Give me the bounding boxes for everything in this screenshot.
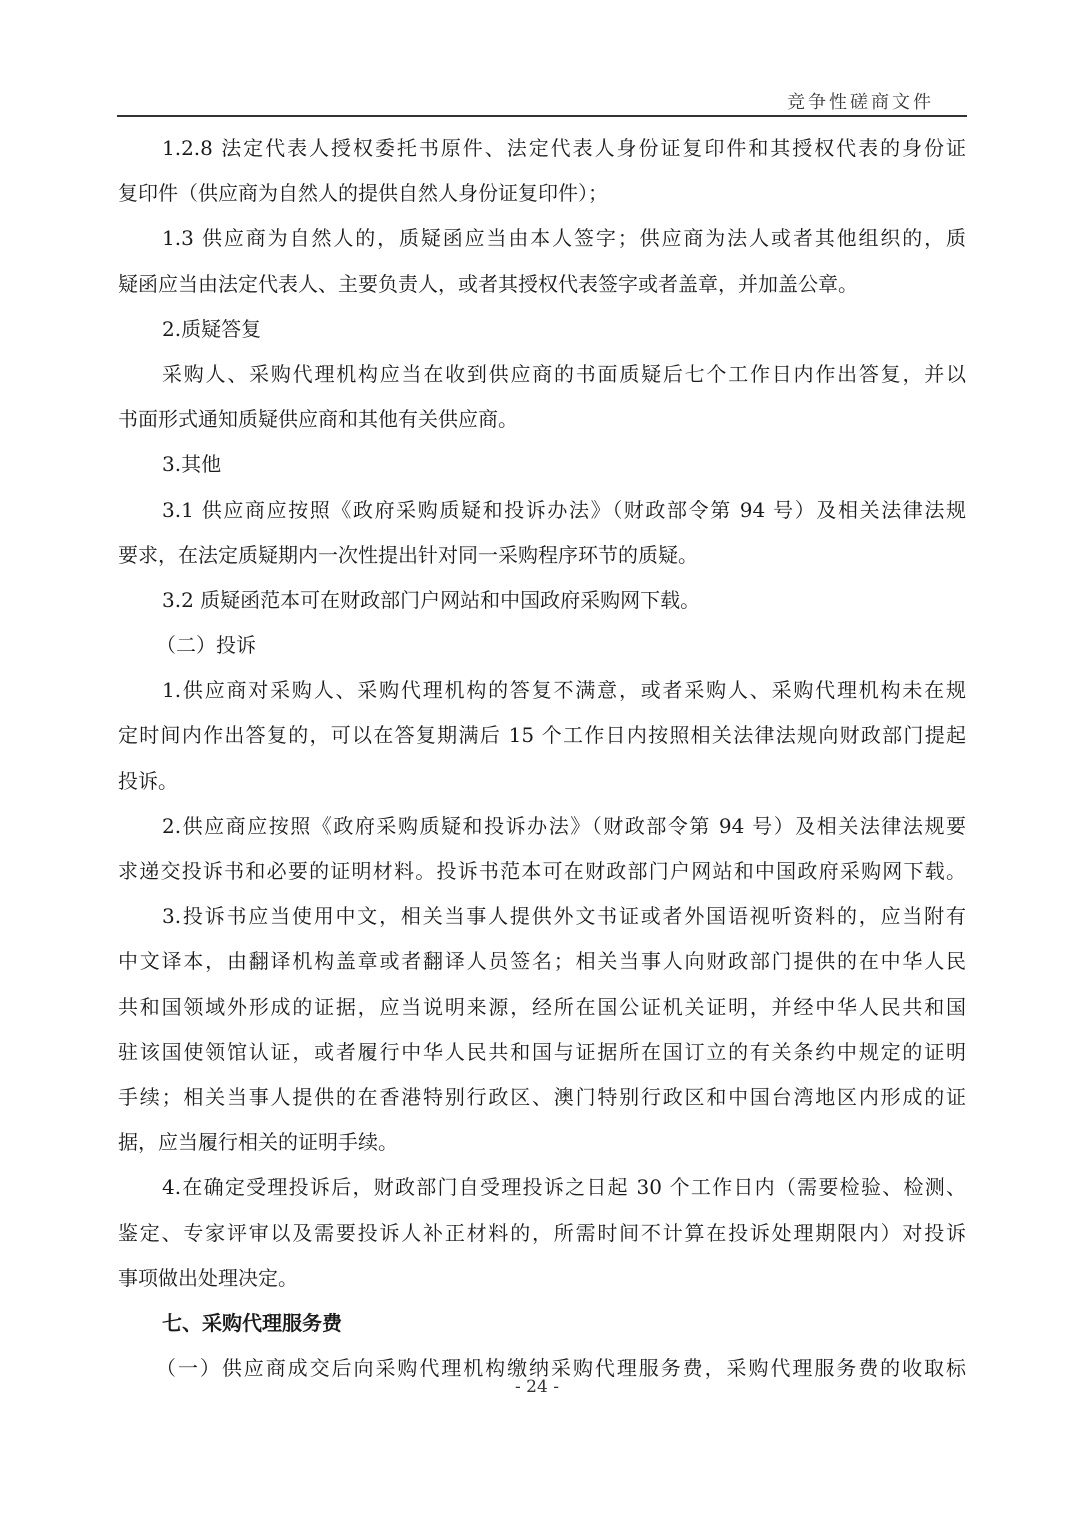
- text-line: 复印件（供应商为自然人的提供自然人身份证复印件）；: [118, 171, 966, 216]
- header-title: 竞争性磋商文件: [787, 88, 934, 114]
- section-heading: 七、采购代理服务费: [118, 1301, 966, 1346]
- text-line: 要求，在法定质疑期内一次性提出针对同一采购程序环节的质疑。: [118, 533, 966, 578]
- text-line: 鉴定、专家评审以及需要投诉人补正材料的，所需时间不计算在投诉处理期限内）对投诉: [118, 1211, 966, 1256]
- text-line: 手续；相关当事人提供的在香港特别行政区、澳门特别行政区和中国台湾地区内形成的证: [118, 1075, 966, 1120]
- text-line: 1.3 供应商为自然人的，质疑函应当由本人签字；供应商为法人或者其他组织的，质: [118, 216, 966, 261]
- text-line: 书面形式通知质疑供应商和其他有关供应商。: [118, 397, 966, 442]
- text-line: 4.在确定受理投诉后，财政部门自受理投诉之日起 30 个工作日内（需要检验、检测…: [118, 1165, 966, 1210]
- page-number: - 24 -: [0, 1377, 1074, 1397]
- text-line: 事项做出处理决定。: [118, 1256, 966, 1301]
- text-line: 3.投诉书应当使用中文，相关当事人提供外文书证或者外国语视听资料的，应当附有: [118, 894, 966, 939]
- text-line: 1.2.8 法定代表人授权委托书原件、法定代表人身份证复印件和其授权代表的身份证: [118, 126, 966, 171]
- text-line: 中文译本，由翻译机构盖章或者翻译人员签名；相关当事人向财政部门提供的在中华人民: [118, 939, 966, 984]
- text-line: 据，应当履行相关的证明手续。: [118, 1120, 966, 1165]
- text-line: 共和国领域外形成的证据，应当说明来源，经所在国公证机关证明，并经中华人民共和国: [118, 985, 966, 1030]
- text-line: 2.质疑答复: [118, 307, 966, 352]
- text-line: 1.供应商对采购人、采购代理机构的答复不满意，或者采购人、采购代理机构未在规: [118, 668, 966, 713]
- text-line: 投诉。: [118, 759, 966, 804]
- text-line: 求递交投诉书和必要的证明材料。投诉书范本可在财政部门户网站和中国政府采购网下载。: [118, 849, 966, 894]
- text-line: 3.其他: [118, 442, 966, 487]
- text-line: 3.2 质疑函范本可在财政部门户网站和中国政府采购网下载。: [118, 578, 966, 623]
- document-body: 1.2.8 法定代表人授权委托书原件、法定代表人身份证复印件和其授权代表的身份证…: [118, 126, 966, 1391]
- text-line: 定时间内作出答复的，可以在答复期满后 15 个工作日内按照相关法律法规向财政部门…: [118, 713, 966, 758]
- text-line: 采购人、采购代理机构应当在收到供应商的书面质疑后七个工作日内作出答复，并以: [118, 352, 966, 397]
- header-rule: [117, 115, 967, 117]
- text-line: 3.1 供应商应按照《政府采购质疑和投诉办法》（财政部令第 94 号）及相关法律…: [118, 488, 966, 533]
- text-line: 疑函应当由法定代表人、主要负责人，或者其授权代表签字或者盖章，并加盖公章。: [118, 262, 966, 307]
- text-line: （二）投诉: [118, 623, 966, 668]
- text-line: 驻该国使领馆认证，或者履行中华人民共和国与证据所在国订立的有关条约中规定的证明: [118, 1030, 966, 1075]
- text-line: 2.供应商应按照《政府采购质疑和投诉办法》（财政部令第 94 号）及相关法律法规…: [118, 804, 966, 849]
